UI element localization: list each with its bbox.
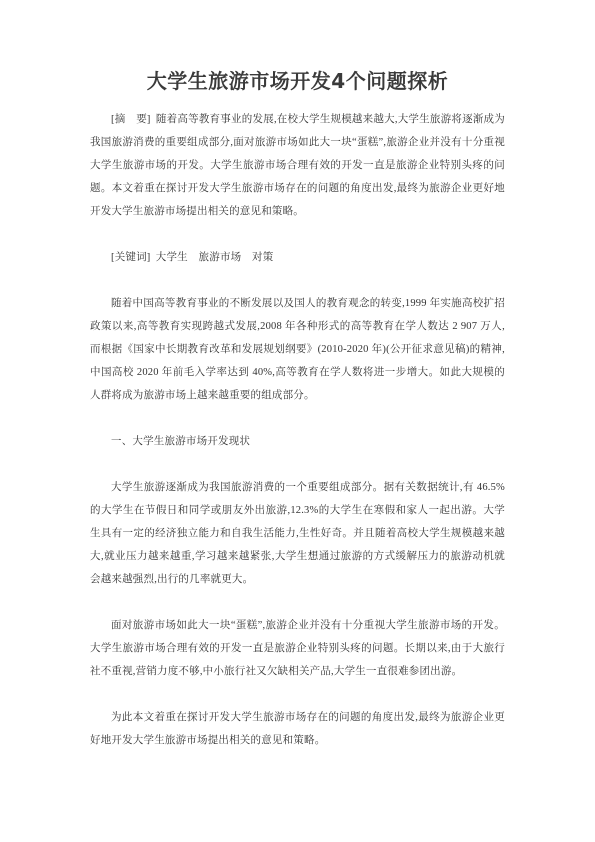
abstract-text: 随着高等教育事业的发展,在校大学生规模越来越大,大学生旅游将逐渐成为我国旅游消费… xyxy=(90,114,505,217)
keywords-label: [关键词] xyxy=(111,252,151,263)
abstract-label: [摘 要] xyxy=(111,114,151,125)
keywords-text: 大学生 旅游市场 对策 xyxy=(156,252,274,263)
document-page: 大学生旅游市场开发4个问题探析 [摘 要]随着高等教育事业的发展,在校大学生规模… xyxy=(0,0,595,842)
body-paragraph: 大学生旅游逐渐成为我国旅游消费的一个重要组成部分。据有关数据统计,有 46.5%… xyxy=(90,476,505,591)
abstract-paragraph: [摘 要]随着高等教育事业的发展,在校大学生规模越来越大,大学生旅游将逐渐成为我… xyxy=(90,108,505,223)
section-heading: 一、大学生旅游市场开发现状 xyxy=(90,430,505,453)
body-paragraph: 面对旅游市场如此大一块“蛋糕”,旅游企业并没有十分重视大学生旅游市场的开发。大学… xyxy=(90,614,505,683)
keywords-line: [关键词]大学生 旅游市场 对策 xyxy=(90,246,505,269)
body-paragraph: 为此本文着重在探讨开发大学生旅游市场存在的问题的角度出发,最终为旅游企业更好地开… xyxy=(90,706,505,752)
intro-paragraph: 随着中国高等教育事业的不断发展以及国人的教育观念的转变,1999 年实施高校扩招… xyxy=(90,292,505,407)
document-title: 大学生旅游市场开发4个问题探析 xyxy=(90,64,505,99)
